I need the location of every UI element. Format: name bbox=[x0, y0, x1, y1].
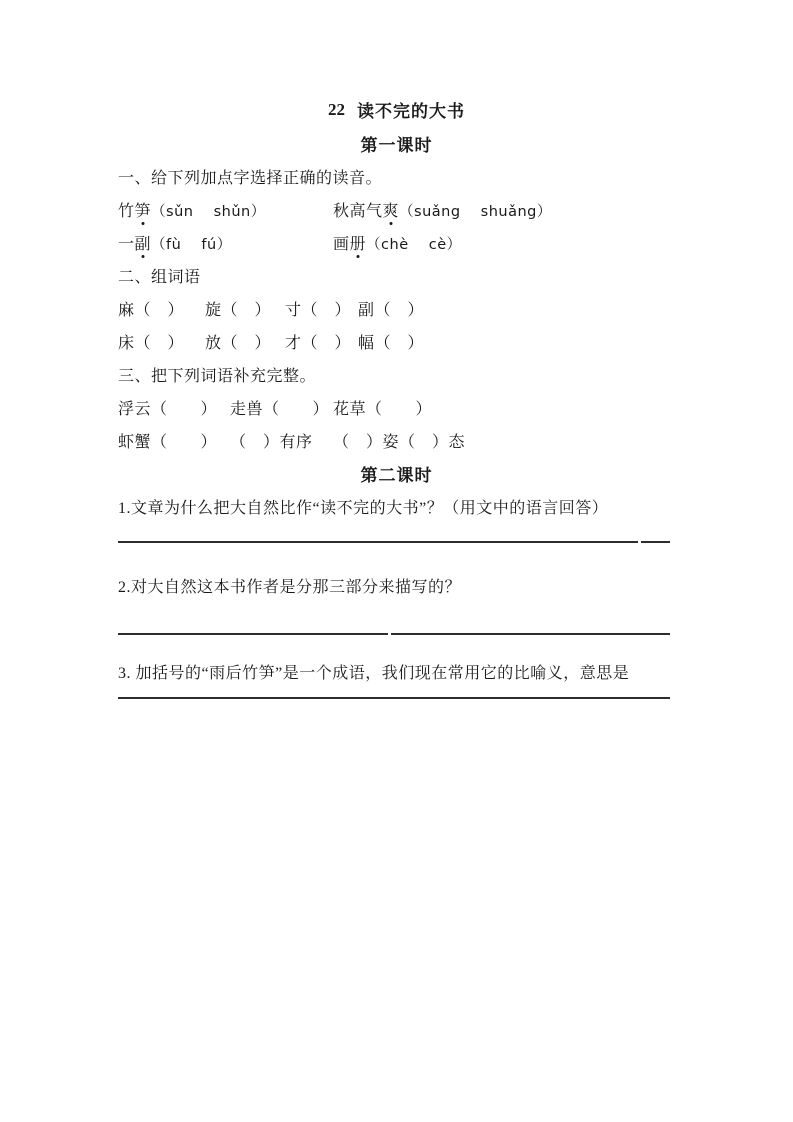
phrase-completion-row-2: 虾蟹（ ） （ ）有序 （ ）姿（ ）态 bbox=[118, 424, 675, 457]
section-3-label: 三、把下列词语补充完整。 bbox=[118, 358, 675, 391]
dotted-character: 册 bbox=[350, 231, 367, 254]
word-blank-cell: 才（ ） bbox=[285, 330, 358, 353]
question-1: 1.文章为什么把大自然比作“读不完的大书”？（用文中的语言回答） bbox=[118, 490, 675, 523]
lesson-number: 22 bbox=[328, 100, 345, 120]
word-prefix: 一 bbox=[118, 236, 135, 253]
word-prefix: 秋高气 bbox=[333, 203, 383, 220]
worksheet-page: 22 读不完的大书 第一课时 一、给下列加点字选择正确的读音。 竹笋（sǔn s… bbox=[0, 0, 793, 1122]
question-3: 3. 加括号的“雨后竹笋”是一个成语，我们现在常用它的比喻义，意思是 bbox=[118, 655, 675, 688]
worksheet-content: 22 读不完的大书 第一课时 一、给下列加点字选择正确的读音。 竹笋（sǔn s… bbox=[0, 0, 793, 699]
phrase-blank-cell: 走兽（ ） bbox=[230, 396, 333, 419]
phrase-blank-cell: （ ）有序 bbox=[230, 429, 333, 452]
word-prefix: 竹 bbox=[118, 203, 135, 220]
phrase-blank-cell: （ ）姿（ ）态 bbox=[333, 429, 465, 452]
phrase-completion-row-1: 浮云（ ） 走兽（ ） 花草（ ） bbox=[118, 391, 675, 424]
phrase-blank-cell: 花草（ ） bbox=[333, 396, 432, 419]
lesson-title: 22 读不完的大书 bbox=[118, 92, 675, 127]
dotted-character: 副 bbox=[135, 231, 152, 254]
word-blank-cell: 副（ ） bbox=[358, 297, 424, 320]
lesson-title-text: 读不完的大书 bbox=[357, 97, 465, 122]
word-building-row-1: 麻（ ） 旋（ ） 寸（ ） 副（ ） bbox=[118, 292, 675, 325]
word-building-row-2: 床（ ） 放（ ） 才（ ） 幅（ ） bbox=[118, 325, 675, 358]
pinyin-word-group: 画册（chè cè） bbox=[333, 231, 462, 254]
pinyin-row-1: 竹笋（sǔn shǔn） 秋高气爽（suǎng shuǎng） bbox=[118, 193, 675, 226]
answer-line-segment bbox=[118, 633, 388, 635]
pinyin-options: （sǔn shǔn） bbox=[151, 204, 266, 220]
pinyin-word-group: 秋高气爽（suǎng shuǎng） bbox=[333, 198, 552, 221]
pinyin-row-2: 一副（fù fú） 画册（chè cè） bbox=[118, 226, 675, 259]
word-blank-cell: 寸（ ） bbox=[285, 297, 358, 320]
answer-line-2 bbox=[118, 633, 675, 635]
word-blank-cell: 旋（ ） bbox=[205, 297, 285, 320]
word-blank-cell: 床（ ） bbox=[118, 330, 205, 353]
word-prefix: 画 bbox=[333, 236, 350, 253]
answer-line-segment bbox=[118, 541, 638, 543]
question-2: 2.对大自然这本书作者是分那三部分来描写的？ bbox=[118, 569, 675, 602]
word-blank-cell: 幅（ ） bbox=[358, 330, 424, 353]
section-2-label: 二、组词语 bbox=[118, 259, 675, 292]
answer-line-segment bbox=[641, 541, 670, 543]
pinyin-options: （suǎng shuǎng） bbox=[399, 204, 552, 220]
session-1-heading: 第一课时 bbox=[118, 127, 675, 160]
pinyin-options: （chè cè） bbox=[366, 237, 462, 253]
session-2-heading: 第二课时 bbox=[118, 457, 675, 490]
pinyin-word-group: 一副（fù fú） bbox=[118, 231, 333, 254]
section-1-label: 一、给下列加点字选择正确的读音。 bbox=[118, 160, 675, 193]
word-blank-cell: 放（ ） bbox=[205, 330, 285, 353]
phrase-blank-cell: 虾蟹（ ） bbox=[118, 429, 230, 452]
dotted-character: 笋 bbox=[135, 198, 152, 221]
answer-line-segment bbox=[391, 633, 670, 635]
answer-line-1 bbox=[118, 541, 675, 543]
pinyin-options: （fù fú） bbox=[151, 237, 232, 253]
word-blank-cell: 麻（ ） bbox=[118, 297, 205, 320]
answer-line-segment bbox=[118, 697, 670, 699]
answer-line-3 bbox=[118, 697, 675, 699]
pinyin-word-group: 竹笋（sǔn shǔn） bbox=[118, 198, 333, 221]
dotted-character: 爽 bbox=[383, 198, 400, 221]
phrase-blank-cell: 浮云（ ） bbox=[118, 396, 230, 419]
